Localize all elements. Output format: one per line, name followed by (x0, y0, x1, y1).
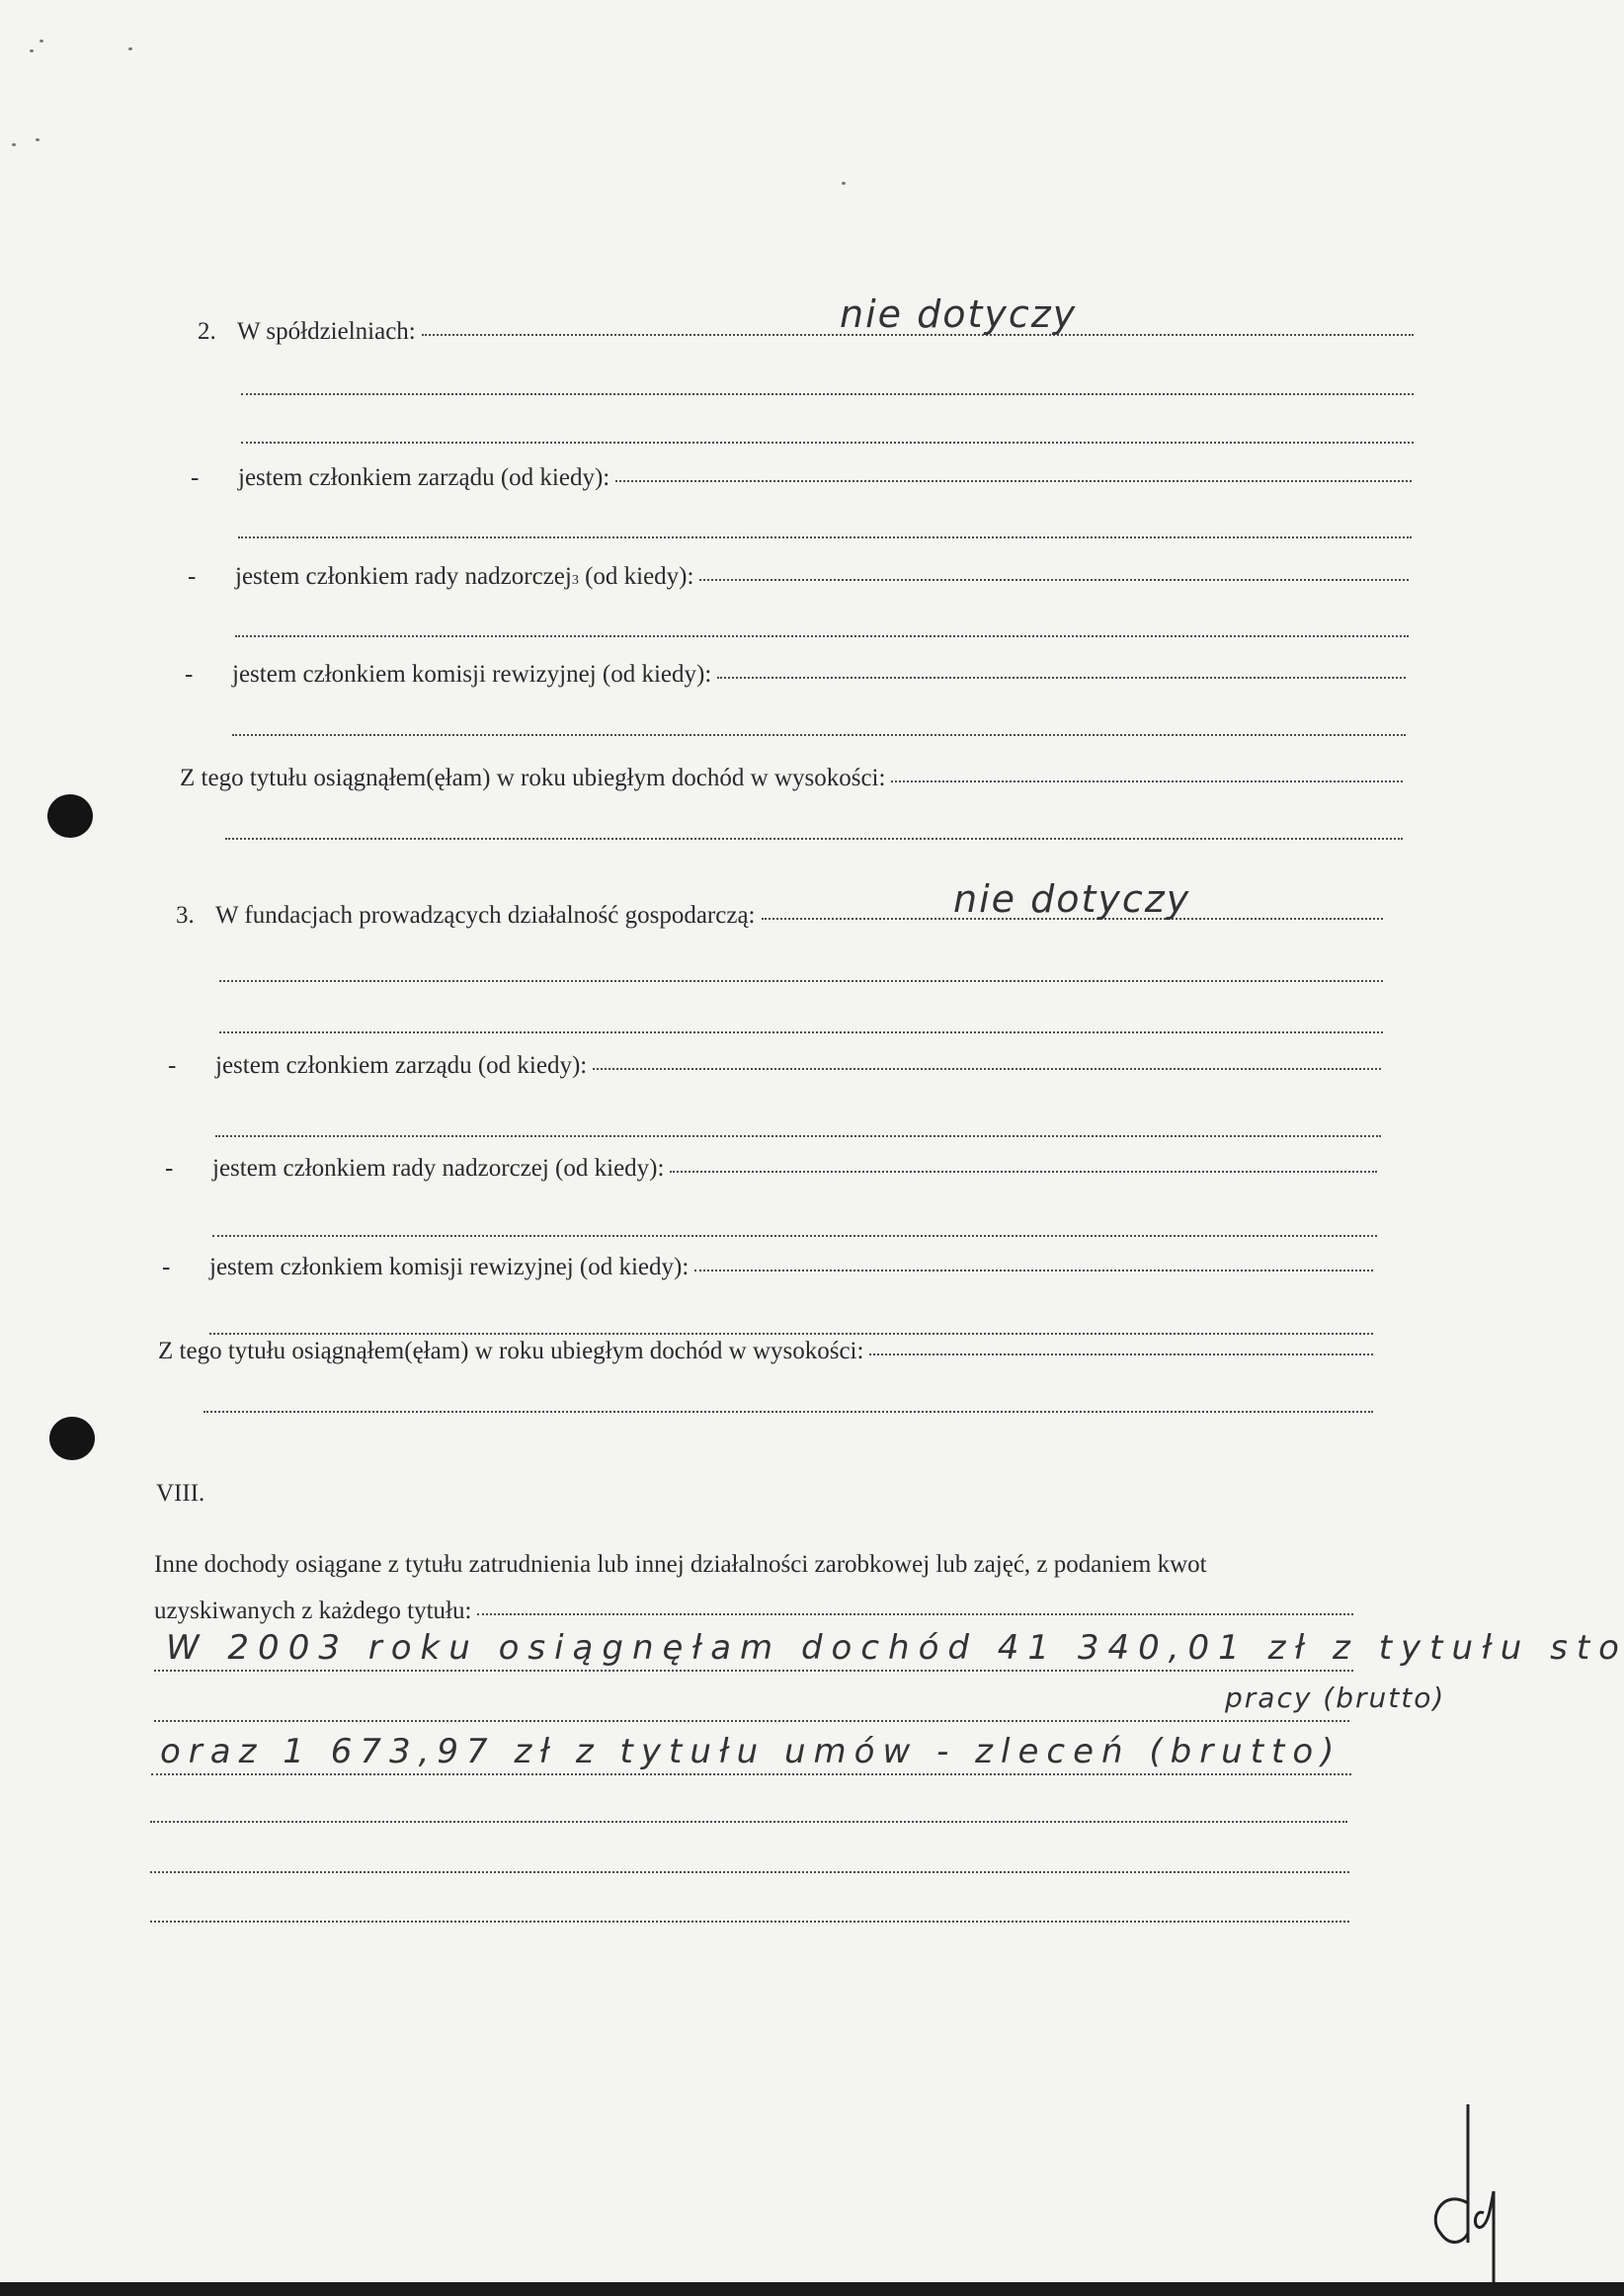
scan-artifact (36, 138, 40, 141)
fill-line[interactable] (150, 1871, 1349, 1873)
fill-line[interactable] (891, 780, 1403, 782)
s3-audit-line: - jestem członkiem komisji rewizyjnej (o… (162, 1254, 1373, 1281)
s2-income-line: Z tego tytułu osiągnąłem(ęłam) w roku ub… (180, 765, 1403, 792)
s2-audit-label: jestem członkiem komisji rewizyjnej (od … (232, 661, 711, 689)
section-3-number: 3. (176, 902, 215, 930)
scan-artifact (842, 182, 846, 185)
signature-mark (1422, 2094, 1531, 2292)
handwritten-income-line-1b: pracy (brutto) (1225, 1681, 1445, 1714)
fill-line[interactable] (232, 734, 1406, 736)
s3-income-label: Z tego tytułu osiągnąłem(ęłam) w roku ub… (158, 1338, 863, 1365)
fill-line[interactable] (225, 838, 1403, 840)
section-2-number: 2. (198, 318, 237, 346)
s2-audit-line: - jestem członkiem komisji rewizyjnej (o… (185, 661, 1406, 689)
fill-line[interactable] (477, 1613, 1353, 1615)
scan-artifact (12, 143, 16, 146)
fill-line[interactable] (670, 1171, 1377, 1173)
fill-line[interactable] (203, 1411, 1373, 1413)
s3-board-label: jestem członkiem zarządu (od kiedy): (215, 1052, 587, 1080)
section-2-title: W spółdzielniach: (237, 318, 416, 346)
fill-line[interactable] (209, 1333, 1373, 1335)
fill-line[interactable] (717, 677, 1406, 679)
section-3-title: W fundacjach prowadzących działalność go… (215, 902, 756, 930)
scan-artifact (40, 40, 43, 42)
handwritten-income-line-2: oraz 1 673,97 zł z tytułu umów - zleceń … (160, 1732, 1341, 1771)
punch-hole (47, 794, 93, 838)
s3-supervisory-label: jestem członkiem rady nadzorczej (od kie… (212, 1155, 664, 1183)
fill-line[interactable] (151, 1773, 1351, 1775)
s2-supervisory-line: - jestem członkiem rady nadzorczej3 (od … (188, 563, 1409, 591)
section-2-title-line: 2. W spółdzielniach: (198, 318, 1414, 346)
fill-line[interactable] (219, 1031, 1383, 1033)
fill-line[interactable] (241, 393, 1414, 395)
fill-line[interactable] (593, 1068, 1381, 1070)
s3-audit-label: jestem członkiem komisji rewizyjnej (od … (209, 1254, 689, 1281)
fill-line[interactable] (241, 442, 1414, 444)
fill-line[interactable] (215, 1135, 1381, 1137)
fill-line[interactable] (154, 1720, 1349, 1722)
s2-board-label: jestem członkiem zarządu (od kiedy): (238, 464, 609, 492)
footnote-ref: 3 (572, 573, 579, 589)
fill-line[interactable] (150, 1921, 1349, 1923)
fill-line[interactable] (694, 1270, 1373, 1271)
section-viii-heading: VIII. (156, 1480, 204, 1508)
scan-artifact (128, 47, 132, 50)
s3-income-line: Z tego tytułu osiągnąłem(ęłam) w roku ub… (158, 1338, 1373, 1365)
fill-line[interactable] (869, 1353, 1373, 1355)
section-3-title-line: 3. W fundacjach prowadzących działalność… (176, 902, 1383, 930)
fill-line[interactable] (154, 1670, 1353, 1672)
fill-line[interactable] (699, 579, 1409, 581)
section-2-handwritten-answer: nie dotyczy (840, 292, 1077, 336)
section-viii-text-1: Inne dochody osiągane z tytułu zatrudnie… (154, 1551, 1207, 1579)
s2-board-line: - jestem członkiem zarządu (od kiedy): (191, 464, 1412, 492)
fill-line[interactable] (615, 480, 1412, 482)
s3-supervisory-line: - jestem członkiem rady nadzorczej (od k… (165, 1155, 1377, 1183)
fill-line[interactable] (238, 536, 1412, 538)
section-3-handwritten-answer: nie dotyczy (953, 877, 1190, 921)
handwritten-income-line-1: W 2003 roku osiągnęłam dochód 41 340,01 … (166, 1628, 1624, 1668)
fill-line[interactable] (212, 1235, 1377, 1237)
fill-line[interactable] (150, 1821, 1347, 1823)
scan-artifact (30, 49, 34, 52)
s3-board-line: - jestem członkiem zarządu (od kiedy): (168, 1052, 1381, 1080)
scan-edge (0, 2282, 1624, 2296)
fill-line[interactable] (219, 980, 1383, 982)
s2-supervisory-label: jestem członkiem rady nadzorczej (235, 563, 572, 591)
fill-line[interactable] (235, 635, 1409, 637)
punch-hole (49, 1417, 95, 1460)
s2-income-label: Z tego tytułu osiągnąłem(ęłam) w roku ub… (180, 765, 885, 792)
section-viii-text-2: uzyskiwanych z każdego tytułu: (154, 1598, 1353, 1625)
